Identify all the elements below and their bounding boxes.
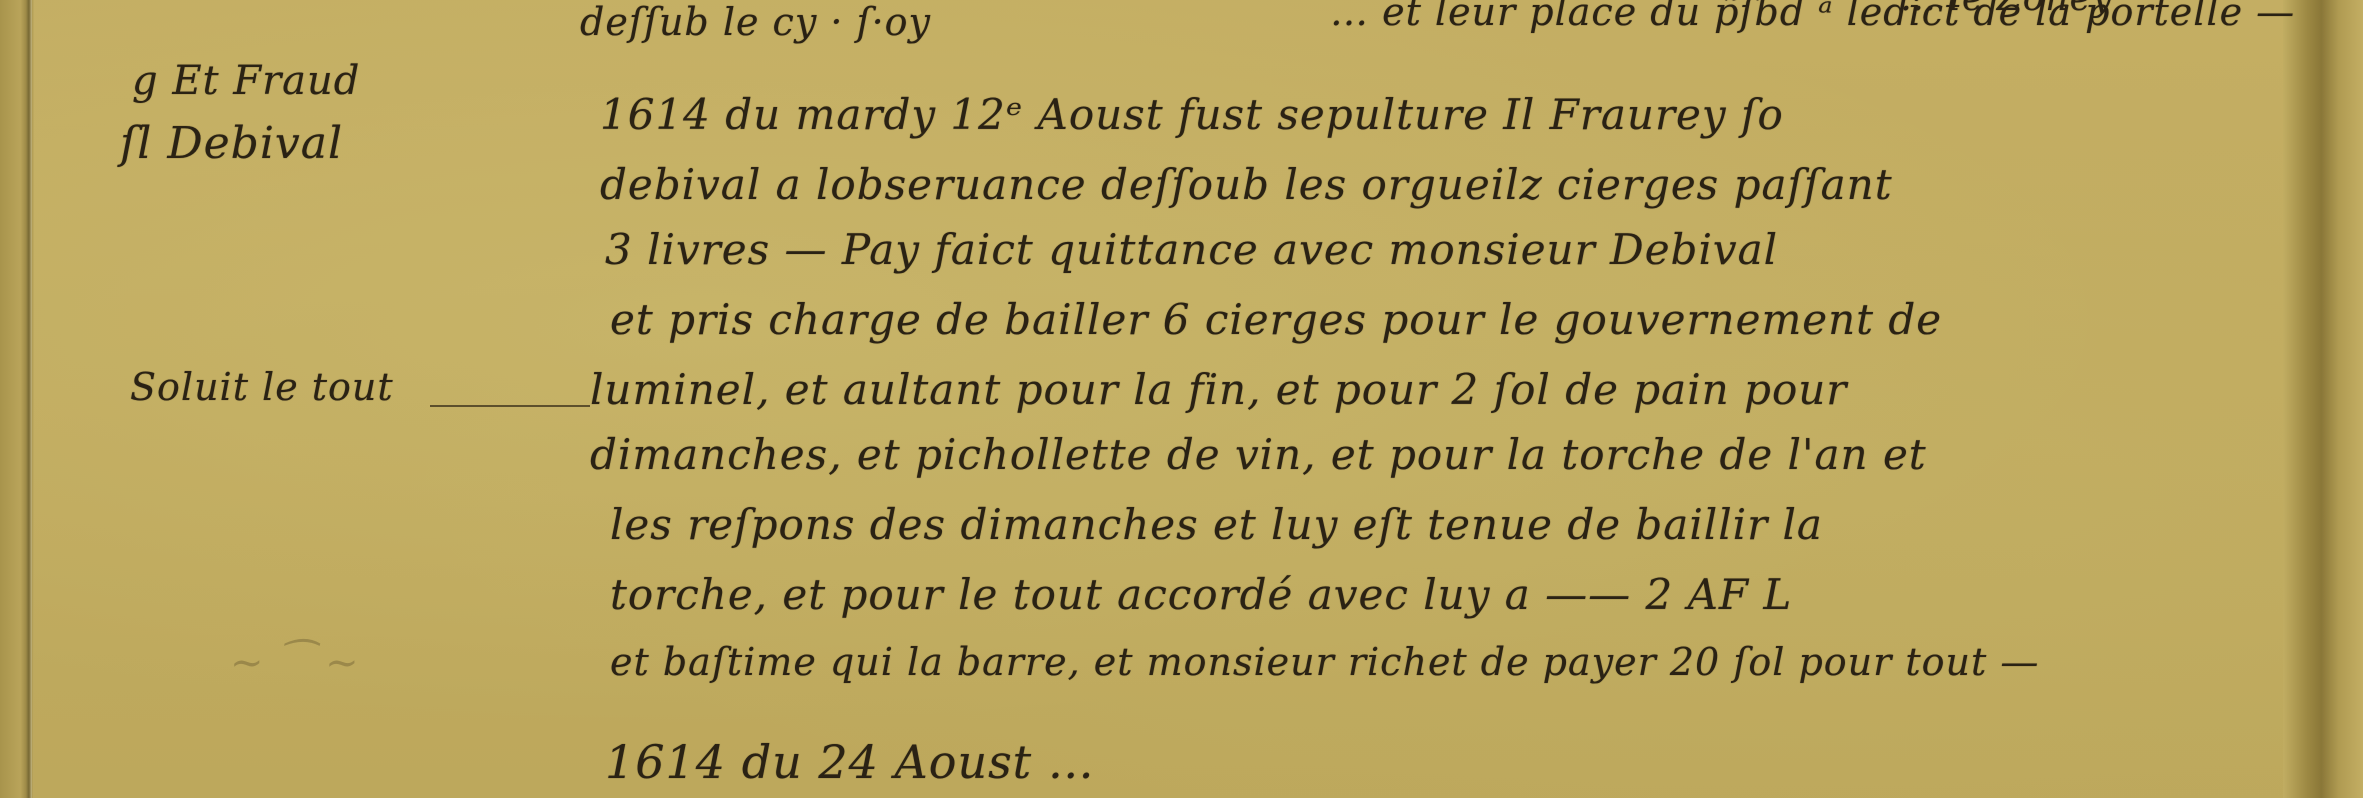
manuscript-page: deſſub le cy · ſ·oy … et leur place du p… bbox=[0, 0, 2363, 798]
top-fragment-top-right: … le Zoney bbox=[1900, 0, 2113, 19]
entry-1-line-6: dimanches, et pichollette de vin, et pou… bbox=[590, 430, 1927, 479]
entry-1-line-3: 3 livres — Pay faict quittance avec mons… bbox=[605, 225, 1778, 274]
margin-note-name-2: ſl Debival bbox=[120, 118, 343, 169]
page-left-crease bbox=[26, 0, 32, 798]
top-fragment-right: … et leur place du p̃ſbd ᵃ ledict de la … bbox=[1330, 0, 2295, 34]
margin-note-name-1: g Et Fraud bbox=[132, 58, 360, 104]
top-fragment-left: deſſub le cy · ſ·oy bbox=[580, 0, 931, 44]
entry-1-line-9: et baſtime qui la barre, et monsieur ric… bbox=[610, 640, 2039, 684]
entry-1-line-4: et pris charge de bailler 6 cierges pour… bbox=[610, 295, 1942, 344]
margin-note-payment: Soluit le tout bbox=[130, 365, 394, 409]
entry-2-line-1: 1614 du 24 Aoust … bbox=[605, 735, 1095, 789]
margin-connector-line bbox=[430, 405, 590, 407]
bleed-through-mark: ~ ⁀ ~ bbox=[230, 640, 360, 686]
entry-1-line-1: 1614 du mardy 12ᵉ Aoust fust sepulture I… bbox=[600, 90, 1784, 139]
entry-1-line-2: debival a lobseruance deſſoub les orguei… bbox=[600, 160, 1893, 209]
entry-1-line-7: les reſpons des dimanches et luy eſt ten… bbox=[610, 500, 1823, 549]
entry-1-line-8: torche, et pour le tout accordé avec luy… bbox=[610, 570, 1792, 619]
binding-gutter bbox=[2283, 0, 2363, 798]
entry-1-line-5: luminel, et aultant pour la fin, et pour… bbox=[590, 365, 1847, 414]
